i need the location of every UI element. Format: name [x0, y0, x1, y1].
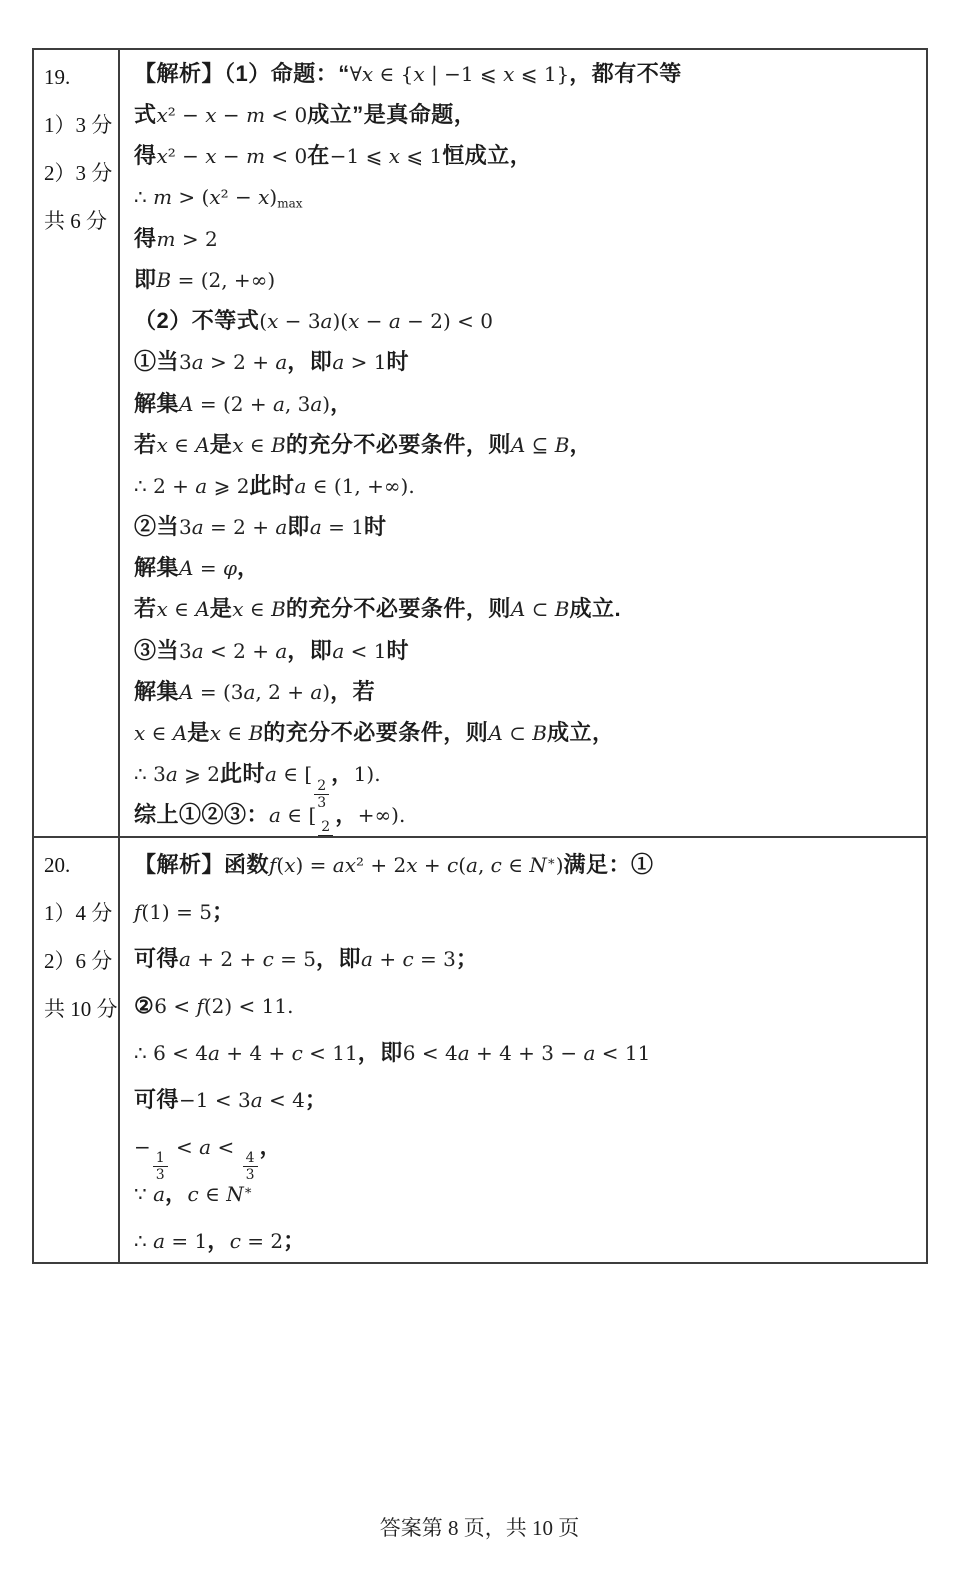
chinese-text: ③当: [134, 638, 179, 663]
chinese-text: 成立.: [569, 596, 621, 621]
math-text: ∴ 6 < 4a + 4 + c < 11: [134, 1041, 358, 1065]
math-text: A ⊂ B: [511, 597, 570, 621]
solution-line: （2）不等式(x − 3a)(x − a − 2) < 0: [134, 300, 920, 341]
math-text: x ∈ B: [232, 597, 286, 621]
table-row: 19.1）3 分2）3 分共 6 分【解析】（1）命题：“∀x ∈ {x | −…: [34, 50, 926, 836]
math-text: m > 2: [157, 227, 218, 251]
solution-line: 【解析】函数f(x) = ax² + 2x + c(a, c ∈ N∗)满足：①: [134, 841, 920, 888]
score-line: 2）3 分: [44, 158, 116, 188]
chinese-text: 若: [134, 596, 157, 621]
chinese-text: ，: [335, 802, 358, 827]
math-text: x² − x − m < 0: [157, 103, 308, 127]
fraction-numerator: 1: [153, 1150, 168, 1166]
chinese-text: ，都有不等: [569, 61, 682, 86]
score-line: 1）4 分: [44, 898, 116, 928]
chinese-text: 【解析】（1）命题：“: [134, 61, 350, 86]
subscript: max: [277, 196, 302, 210]
score-cell: 19.1）3 分2）3 分共 6 分: [34, 50, 120, 836]
chinese-text: ②: [134, 993, 154, 1018]
chinese-text: 此时: [220, 761, 265, 786]
solution-line: x ∈ A是x ∈ B的充分不必要条件，则A ⊂ B成立，: [134, 712, 920, 753]
math-text: x ∈ B: [210, 721, 264, 745]
chinese-text: ，: [165, 1181, 188, 1206]
fraction-numerator: 2: [314, 778, 329, 794]
math-text: a + 2 + c = 5: [179, 947, 316, 971]
math-text: f(x) = ax² + 2x + c(a, c ∈ N: [269, 853, 547, 877]
math-text: ∵ a: [134, 1182, 165, 1206]
math-text: ∴ 3a ⩾ 2: [134, 762, 220, 786]
math-text: B = (2, +∞): [157, 268, 276, 292]
solution-line: ∴ 2 + a ⩾ 2此时a ∈ (1, +∞).: [134, 465, 920, 506]
chinese-text: 是: [210, 432, 233, 457]
math-text: a = 1: [310, 515, 364, 539]
chinese-text: 此时: [249, 473, 294, 498]
solution-line: 解集A = (2 + a, 3a)，: [134, 383, 920, 424]
solution-line: −13 < a < 43，: [134, 1123, 920, 1170]
answer-sheet-page: 19.1）3 分2）3 分共 6 分【解析】（1）命题：“∀x ∈ {x | −…: [0, 0, 959, 1569]
chinese-text: （2）不等式: [134, 308, 259, 333]
chinese-text: 若: [134, 432, 157, 457]
math-text: 3a > 2 + a: [179, 350, 287, 374]
chinese-text: 即: [134, 267, 157, 292]
chinese-text: 即: [287, 514, 310, 539]
chinese-text: ，: [207, 1228, 230, 1253]
math-text: ∴ a = 1: [134, 1229, 207, 1253]
chinese-text: ，即: [287, 349, 332, 374]
table-row: 20.1）4 分2）6 分共 10 分【解析】函数f(x) = ax² + 2x…: [34, 836, 926, 1262]
math-text: −1 ⩽ x ⩽ 1: [330, 144, 442, 168]
math-text: < a <: [170, 1135, 241, 1159]
solution-line: 得x² − x − m < 0在−1 ⩽ x ⩽ 1恒成立，: [134, 135, 920, 176]
math-text: A = (2 + a, 3a): [179, 392, 330, 416]
math-text: 3a < 2 + a: [179, 639, 287, 663]
chinese-text: 得: [134, 143, 157, 168]
chinese-text: 的充分不必要条件，则: [286, 432, 511, 457]
math-text: x ∈ A: [157, 433, 210, 457]
math-text: A ⊆ B: [511, 433, 570, 457]
solution-cell: 【解析】函数f(x) = ax² + 2x + c(a, c ∈ N∗)满足：①…: [120, 838, 926, 1262]
math-text: ): [556, 853, 564, 877]
answer-table: 19.1）3 分2）3 分共 6 分【解析】（1）命题：“∀x ∈ {x | −…: [32, 48, 928, 1264]
chinese-text: 满足：①: [564, 852, 654, 877]
math-text: −1 < 3a < 4: [179, 1088, 305, 1112]
solution-line: f(1) = 5；: [134, 888, 920, 935]
solution-line: 即B = (2, +∞): [134, 259, 920, 300]
chinese-text: ，: [237, 555, 260, 580]
math-text: 6 < f(2) < 11.: [154, 994, 293, 1018]
question-number: 20.: [44, 850, 116, 880]
math-text: a + c = 3: [361, 947, 456, 971]
score-line: 2）6 分: [44, 946, 116, 976]
chinese-text: 成立，: [547, 720, 615, 745]
chinese-text: ；: [283, 1228, 306, 1253]
math-text: a > 1: [332, 350, 386, 374]
chinese-text: 时: [364, 514, 387, 539]
chinese-text: ，: [260, 1134, 283, 1159]
solution-line: 若x ∈ A是x ∈ B的充分不必要条件，则A ⊆ B，: [134, 424, 920, 465]
score-cell: 20.1）4 分2）6 分共 10 分: [34, 838, 120, 1262]
chinese-text: ，即: [316, 946, 361, 971]
chinese-text: 可得: [134, 1087, 179, 1112]
chinese-text: 的充分不必要条件，则: [263, 720, 488, 745]
solution-line: 解集A = (3a, 2 + a)，若: [134, 671, 920, 712]
superscript: ∗: [547, 855, 556, 870]
page-footer: 答案第 8 页，共 10 页: [0, 1512, 959, 1542]
chinese-text: ；: [212, 899, 235, 924]
solution-line: 【解析】（1）命题：“∀x ∈ {x | −1 ⩽ x ⩽ 1}，都有不等: [134, 53, 920, 94]
math-text: a ∈ [: [265, 762, 312, 786]
chinese-text: ，: [331, 761, 354, 786]
solution-line: ∴ a = 1，c = 2；: [134, 1217, 920, 1262]
solution-line: ∴ 3a ⩾ 2此时a ∈ [23，1).: [134, 753, 920, 794]
math-text: x ∈ A: [157, 597, 210, 621]
solution-line: 解集A = φ，: [134, 547, 920, 588]
chinese-text: 解集: [134, 679, 179, 704]
math-text: 3a = 2 + a: [179, 515, 287, 539]
chinese-text: ；: [456, 946, 479, 971]
score-line: 共 6 分: [44, 206, 116, 236]
solution-line: ∴ 6 < 4a + 4 + c < 11，即6 < 4a + 4 + 3 − …: [134, 1029, 920, 1076]
math-text: A = φ: [179, 556, 237, 580]
solution-line: ②6 < f(2) < 11.: [134, 982, 920, 1029]
math-text: c ∈ N: [188, 1182, 244, 1206]
math-text: A ⊂ B: [488, 721, 547, 745]
solution-line: ∵ a，c ∈ N∗: [134, 1170, 920, 1217]
math-text: x ∈ A: [134, 721, 187, 745]
chinese-text: ，: [569, 432, 592, 457]
chinese-text: 式: [134, 102, 157, 127]
solution-line: 综上①②③：a ∈ [23，+∞).: [134, 794, 920, 835]
solution-line: 可得a + 2 + c = 5，即a + c = 3；: [134, 935, 920, 982]
math-text: ∴ 2 + a ⩾ 2: [134, 474, 249, 498]
solution-line: ③当3a < 2 + a，即a < 1时: [134, 630, 920, 671]
math-text: ∴ m > (x² − x): [134, 185, 277, 209]
math-text: 1).: [354, 762, 381, 786]
chinese-text: ②当: [134, 514, 179, 539]
score-line: 共 10 分: [44, 994, 116, 1024]
chinese-text: ，即: [358, 1040, 403, 1065]
solution-line: ∴ m > (x² − x)max: [134, 177, 920, 218]
fraction: 23: [318, 819, 333, 836]
chinese-text: 解集: [134, 555, 179, 580]
solution-line: ②当3a = 2 + a即a = 1时: [134, 506, 920, 547]
chinese-text: 时: [386, 349, 409, 374]
solution-line: 若x ∈ A是x ∈ B的充分不必要条件，则A ⊂ B成立.: [134, 588, 920, 629]
math-text: A = (3a, 2 + a): [179, 680, 330, 704]
fraction-denominator: 3: [318, 835, 333, 836]
math-text: a ∈ [: [269, 803, 316, 827]
chinese-text: 时: [386, 638, 409, 663]
fraction-numerator: 2: [318, 819, 333, 835]
chinese-text: ；: [305, 1087, 328, 1112]
chinese-text: 综上①②③：: [134, 802, 269, 827]
math-text: a < 1: [332, 639, 386, 663]
chinese-text: ①当: [134, 349, 179, 374]
chinese-text: ，: [330, 391, 353, 416]
chinese-text: ，即: [287, 638, 332, 663]
math-text: +∞).: [358, 803, 406, 827]
solution-line: ①当3a > 2 + a，即a > 1时: [134, 341, 920, 382]
chinese-text: ，若: [330, 679, 375, 704]
math-text: f(1) = 5: [134, 900, 212, 924]
math-text: 6 < 4a + 4 + 3 − a < 11: [403, 1041, 651, 1065]
chinese-text: 在: [307, 143, 330, 168]
chinese-text: 可得: [134, 946, 179, 971]
superscript: ∗: [244, 1184, 253, 1199]
chinese-text: 的充分不必要条件，则: [286, 596, 511, 621]
fraction-numerator: 4: [243, 1150, 258, 1166]
math-text: (x − 3a)(x − a − 2) < 0: [259, 309, 493, 333]
math-text: x² − x − m < 0: [157, 144, 308, 168]
math-text: c = 2: [230, 1229, 283, 1253]
chinese-text: 得: [134, 226, 157, 251]
solution-line: 式x² − x − m < 0成立”是真命题，: [134, 94, 920, 135]
score-line: 1）3 分: [44, 110, 116, 140]
chinese-text: 恒成立，: [442, 143, 532, 168]
chinese-text: 【解析】函数: [134, 852, 269, 877]
math-text: a ∈ (1, +∞).: [294, 474, 414, 498]
solution-line: 得m > 2: [134, 218, 920, 259]
math-text: −: [134, 1135, 151, 1159]
solution-cell: 【解析】（1）命题：“∀x ∈ {x | −1 ⩽ x ⩽ 1}，都有不等式x²…: [120, 50, 926, 836]
math-text: x ∈ B: [232, 433, 286, 457]
question-number: 19.: [44, 62, 116, 92]
chinese-text: 是: [210, 596, 233, 621]
chinese-text: 成立”是真命题，: [307, 102, 476, 127]
chinese-text: 是: [187, 720, 210, 745]
solution-line: 可得−1 < 3a < 4；: [134, 1076, 920, 1123]
chinese-text: 解集: [134, 391, 179, 416]
math-text: ∀x ∈ {x | −1 ⩽ x ⩽ 1}: [350, 62, 570, 86]
